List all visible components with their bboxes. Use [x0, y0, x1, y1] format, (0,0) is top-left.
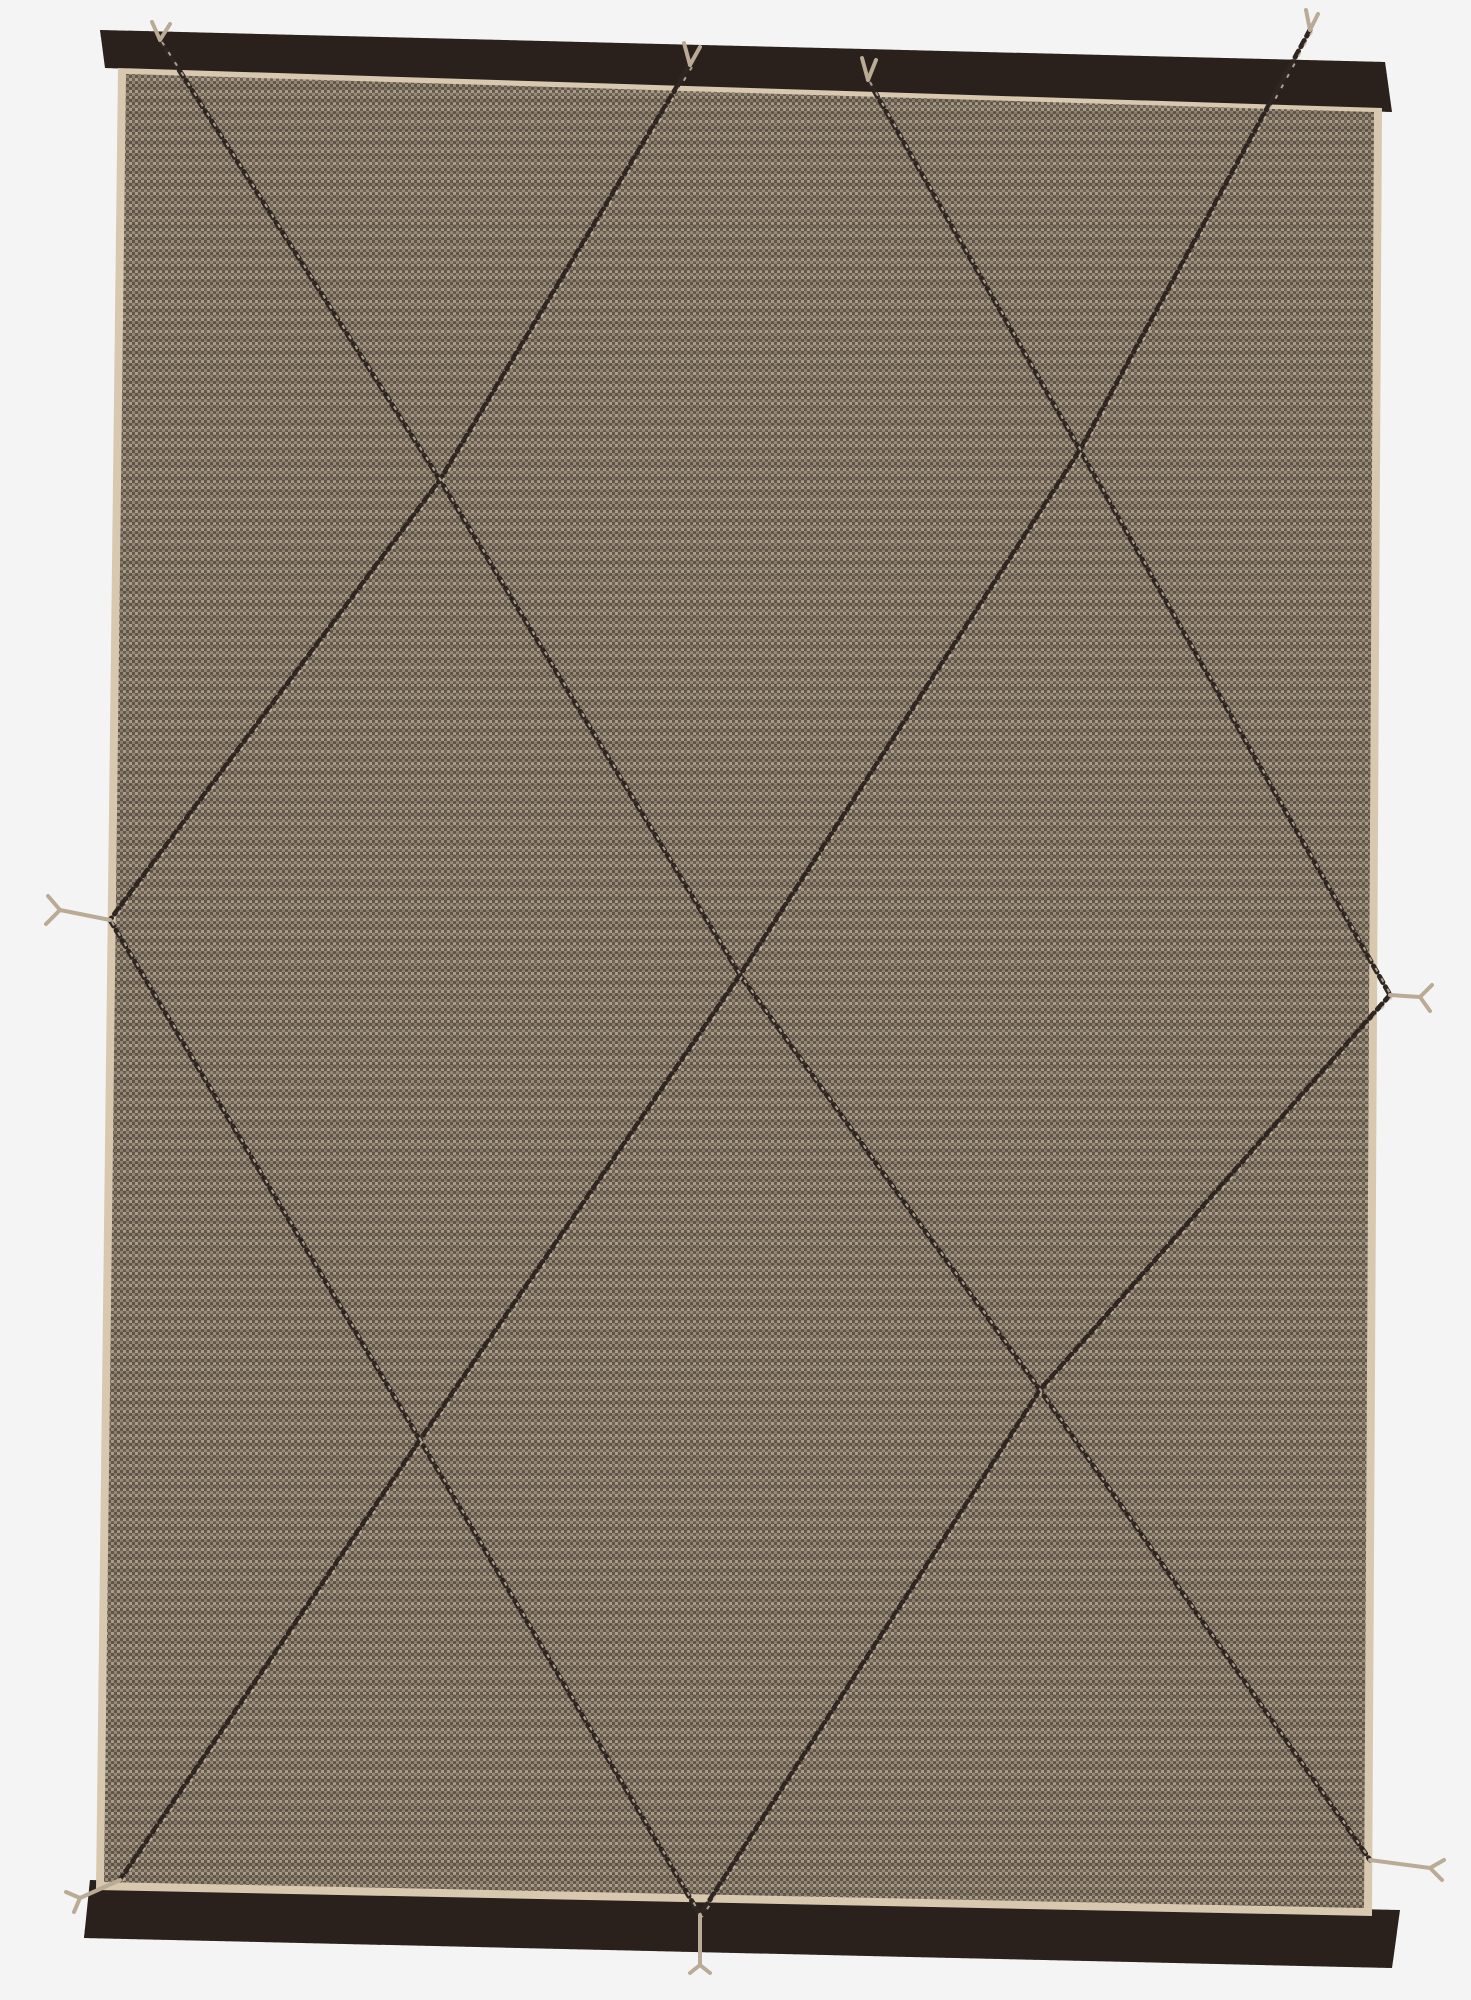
- rug-illustration: [0, 0, 1471, 2000]
- rug-body: [96, 68, 1382, 1916]
- product-photo: Beige and dark brown woven rug with brai…: [0, 0, 1471, 2000]
